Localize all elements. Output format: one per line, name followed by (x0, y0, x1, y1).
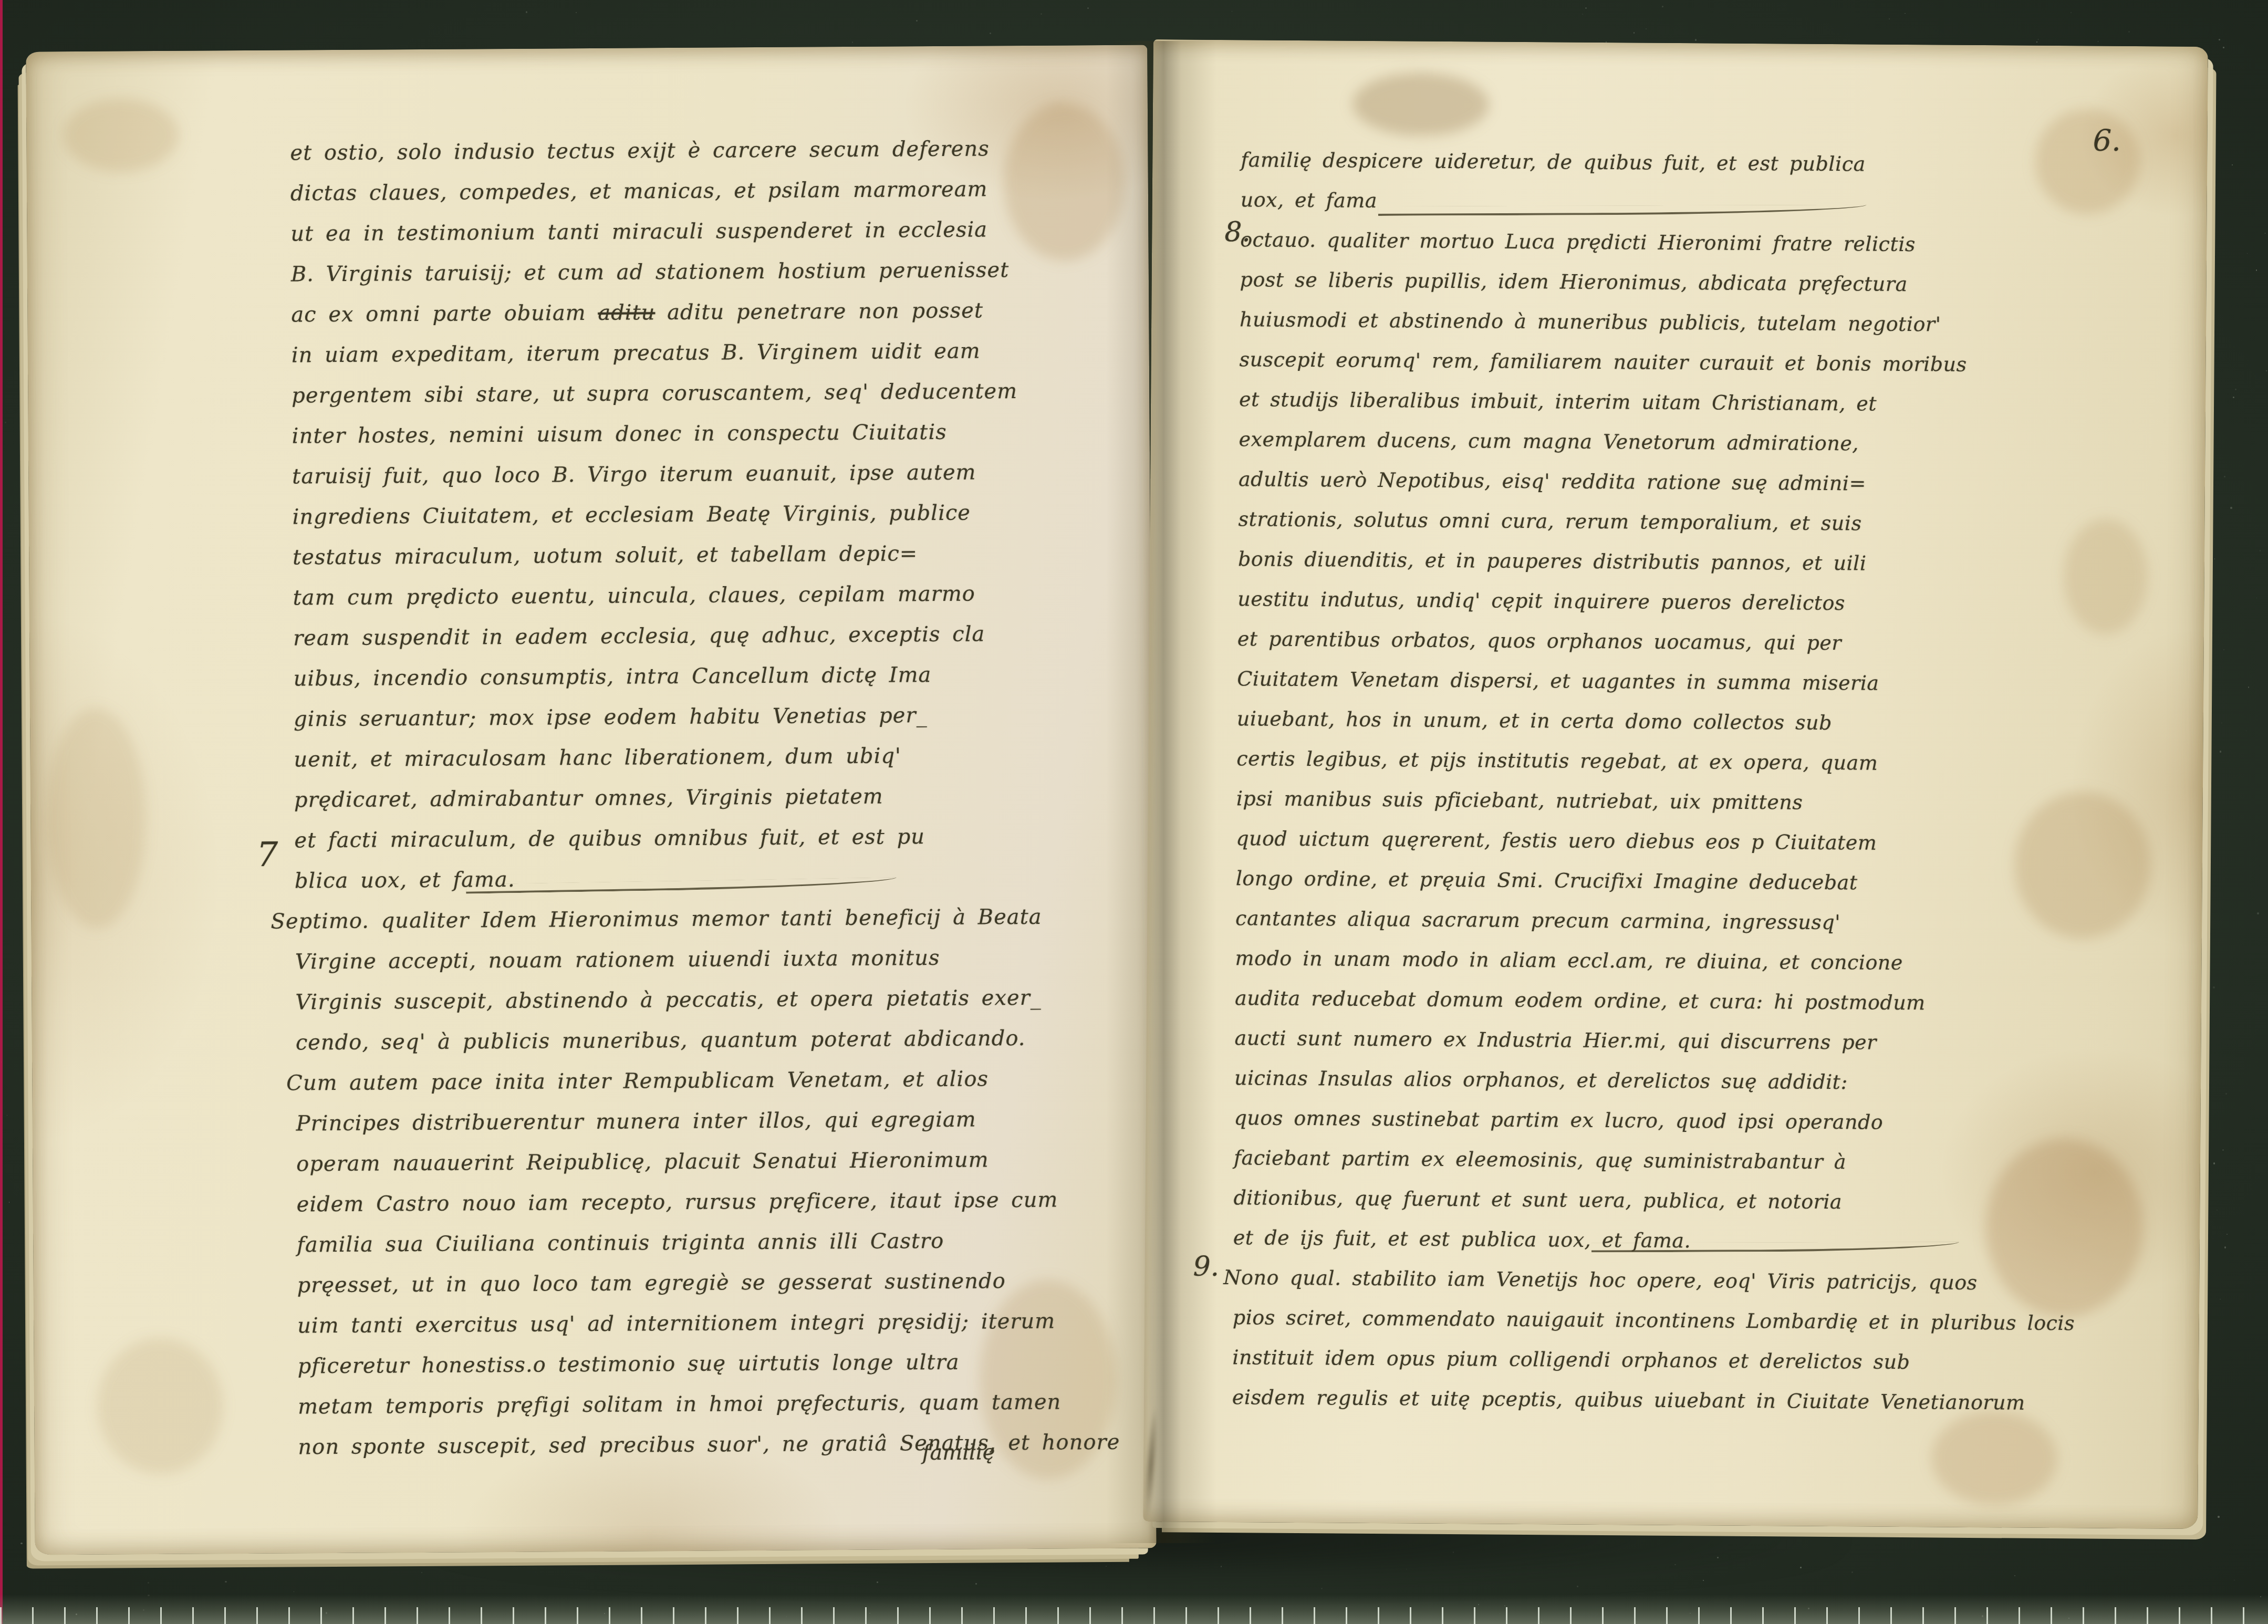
manuscript-line: pręesset, ut in quo loco tam egregiè se … (297, 1261, 1137, 1306)
manuscript-line: et studijs liberalibus imbuit, interim u… (1239, 379, 2163, 425)
manuscript-line: dictas claues, compedes, et manicas, et … (290, 169, 1131, 214)
manuscript-line: suscepit eorumq' rem, familiarem nauiter… (1239, 339, 2163, 386)
right-page-text: familię despicere uideretur, de quibus f… (1232, 140, 2166, 1423)
left-edge-red-line (0, 0, 3, 1624)
manuscript-line: Principes distribuerentur munera inter i… (296, 1099, 1137, 1144)
foxing-stain (46, 707, 147, 929)
manuscript-line: pficeretur honestiss.o testimonio suę ui… (297, 1341, 1138, 1387)
manuscript-line: strationis, solutus omni cura, rerum tem… (1238, 499, 2162, 545)
manuscript-line: bonis diuenditis, et in pauperes distrib… (1238, 539, 2162, 585)
foxing-stain (1931, 1410, 2057, 1506)
manuscript-line: instituit idem opus pium colligendi orph… (1232, 1337, 2157, 1383)
manuscript-line: uestitu indutus, undiq' cępit inquirere … (1237, 579, 2162, 625)
foxing-stain (63, 98, 179, 172)
manuscript-line: et de ijs fuit, et est publica uox, et f… (1233, 1217, 2158, 1264)
manuscript-line: familię despicere uideretur, de quibus f… (1241, 140, 2165, 186)
manuscript-line: quod uictum quęrerent, festis uero diebu… (1236, 818, 2160, 865)
manuscript-line: exemplarem ducens, cum magna Venetorum a… (1239, 419, 2163, 465)
struck-word: aditu (598, 300, 655, 325)
manuscript-line: Virginis suscepit, abstinendo à peccatis… (295, 977, 1136, 1023)
manuscript-line: certis legibus, et pijs institutis regeb… (1236, 738, 2161, 785)
manuscript-line: operam nauauerint Reipublicę, placuit Se… (296, 1139, 1137, 1185)
manuscript-line: post se liberis pupillis, idem Hieronimu… (1240, 259, 2164, 306)
manuscript-line: non sponte suscepit, sed precibus suor',… (298, 1422, 1138, 1468)
ruler-ticks (0, 1607, 2268, 1624)
manuscript-line: ream suspendit in eadem ecclesia, quę ad… (293, 613, 1133, 659)
manuscript-line: ingrediens Ciuitatem, et ecclesiam Beatę… (292, 492, 1132, 538)
manuscript-line: uicinas Insulas alios orphanos, et derel… (1234, 1058, 2159, 1104)
manuscript-line: et facti miraculum, de quibus omnibus fu… (294, 816, 1135, 861)
manuscript-line: cantantes aliqua sacrarum precum carmina… (1235, 898, 2160, 944)
left-page: 7 et ostio, solo indusio tectus exijt è … (26, 45, 1156, 1555)
manuscript-line: ut ea in testimonium tanti miraculi susp… (290, 209, 1131, 255)
manuscript-line: prędicaret, admirabantur omnes, Virginis… (294, 775, 1135, 821)
manuscript-line: eisdem regulis et uitę pceptis, quibus u… (1232, 1377, 2157, 1423)
foxing-stain (1353, 72, 1490, 137)
manuscript-line: in uiam expeditam, iterum precatus B. Vi… (292, 330, 1132, 376)
manuscript-line: et ostio, solo indusio tectus exijt è ca… (290, 128, 1130, 174)
manuscript-line: metam temporis pręfigi solitam in hmoi p… (298, 1382, 1138, 1428)
manuscript-line: familia sua Ciuiliana continuis triginta… (297, 1220, 1137, 1266)
manuscript-line: B. Virginis taruisij; et cum ad statione… (291, 249, 1131, 295)
manuscript-line: pios sciret, commendato nauigauit incont… (1233, 1297, 2157, 1344)
manuscript-line: audita reducebat domum eodem ordine, et … (1235, 978, 2159, 1024)
right-page: 6. 8. 9. familię despicere uideretur, de… (1143, 39, 2208, 1529)
margin-number-7: 7 (256, 836, 278, 875)
manuscript-line: ditionibus, quę fuerunt et sunt uera, pu… (1233, 1178, 2158, 1224)
catchword: familię (922, 1440, 995, 1465)
manuscript-line: uibus, incendio consumptis, intra Cancel… (293, 654, 1133, 700)
foxing-stain (97, 1337, 224, 1474)
line-text: ac ex omni parte obuiam (291, 301, 598, 327)
manuscript-line: huiusmodi et abstinendo à muneribus publ… (1240, 299, 2164, 346)
manuscript-line: longo ordine, et pręuia Smi. Crucifixi I… (1235, 858, 2160, 904)
manuscript-line: ipsi manibus suis pficiebant, nutriebat,… (1236, 778, 2161, 825)
manuscript-line: uenit, et miraculosam hanc liberationem,… (294, 735, 1134, 780)
manuscript-line: tam cum prędicto euentu, uincula, claues… (293, 573, 1133, 619)
manuscript-line: ginis seruantur; mox ipse eodem habitu V… (294, 694, 1134, 740)
manuscript-line: blica uox, et fama. (295, 856, 1135, 902)
manuscript-line: faciebant partim ex eleemosinis, quę sum… (1234, 1138, 2158, 1184)
left-page-text: et ostio, solo indusio tectus exijt è ca… (290, 128, 1138, 1468)
manuscript-line: adultis uerò Nepotibus, eisq' reddita ra… (1239, 459, 2163, 505)
manuscript-line: uox, et fama (1240, 180, 2165, 226)
manuscript-line: Cum autem pace inita inter Rempublicam V… (286, 1058, 1136, 1104)
manuscript-line: Septimo. qualiter Idem Hieronimus memor … (271, 897, 1135, 942)
manuscript-line: Nono qual. stabilito iam Venetijs hoc op… (1223, 1257, 2157, 1304)
manuscript-line: quos omnes sustinebat partim ex lucro, q… (1234, 1098, 2158, 1144)
line-text: aditu penetrare non posset (655, 298, 983, 325)
manuscript-line: eidem Castro nouo iam recepto, rursus pr… (296, 1180, 1137, 1225)
margin-number-9: 9. (1193, 1251, 1219, 1283)
manuscript-line: Virgine accepti, nouam rationem uiuendi … (295, 937, 1136, 983)
manuscript-line: taruisij fuit, quo loco B. Virgo iterum … (292, 452, 1132, 497)
manuscript-line: cendo, seq' à publicis muneribus, quantu… (296, 1018, 1136, 1064)
manuscript-line: aucti sunt numero ex Industria Hier.mi, … (1234, 1018, 2159, 1064)
manuscript-line: inter hostes, nemini uisum donec in cons… (292, 411, 1132, 457)
manuscript-line: et parentibus orbatos, quos orphanos uoc… (1237, 619, 2162, 665)
manuscript-line: uiuebant, hos in unum, et in certa domo … (1237, 699, 2161, 745)
manuscript-line: ac ex omni parte obuiam aditu aditu pene… (291, 290, 1131, 336)
manuscript-line: testatus miraculum, uotum soluit, et tab… (293, 533, 1133, 578)
manuscript-line: uim tanti exercitus usq' ad internitione… (297, 1301, 1138, 1347)
manuscript-line: modo in unam modo in aliam eccl.am, re d… (1235, 938, 2159, 984)
manuscript-line: pergentem sibi stare, ut supra coruscant… (292, 371, 1132, 417)
manuscript-line: Ciuitatem Venetam dispersi, et uagantes … (1237, 659, 2161, 705)
manuscript-line: octauo. qualiter mortuo Luca prędicti Hi… (1240, 220, 2165, 266)
